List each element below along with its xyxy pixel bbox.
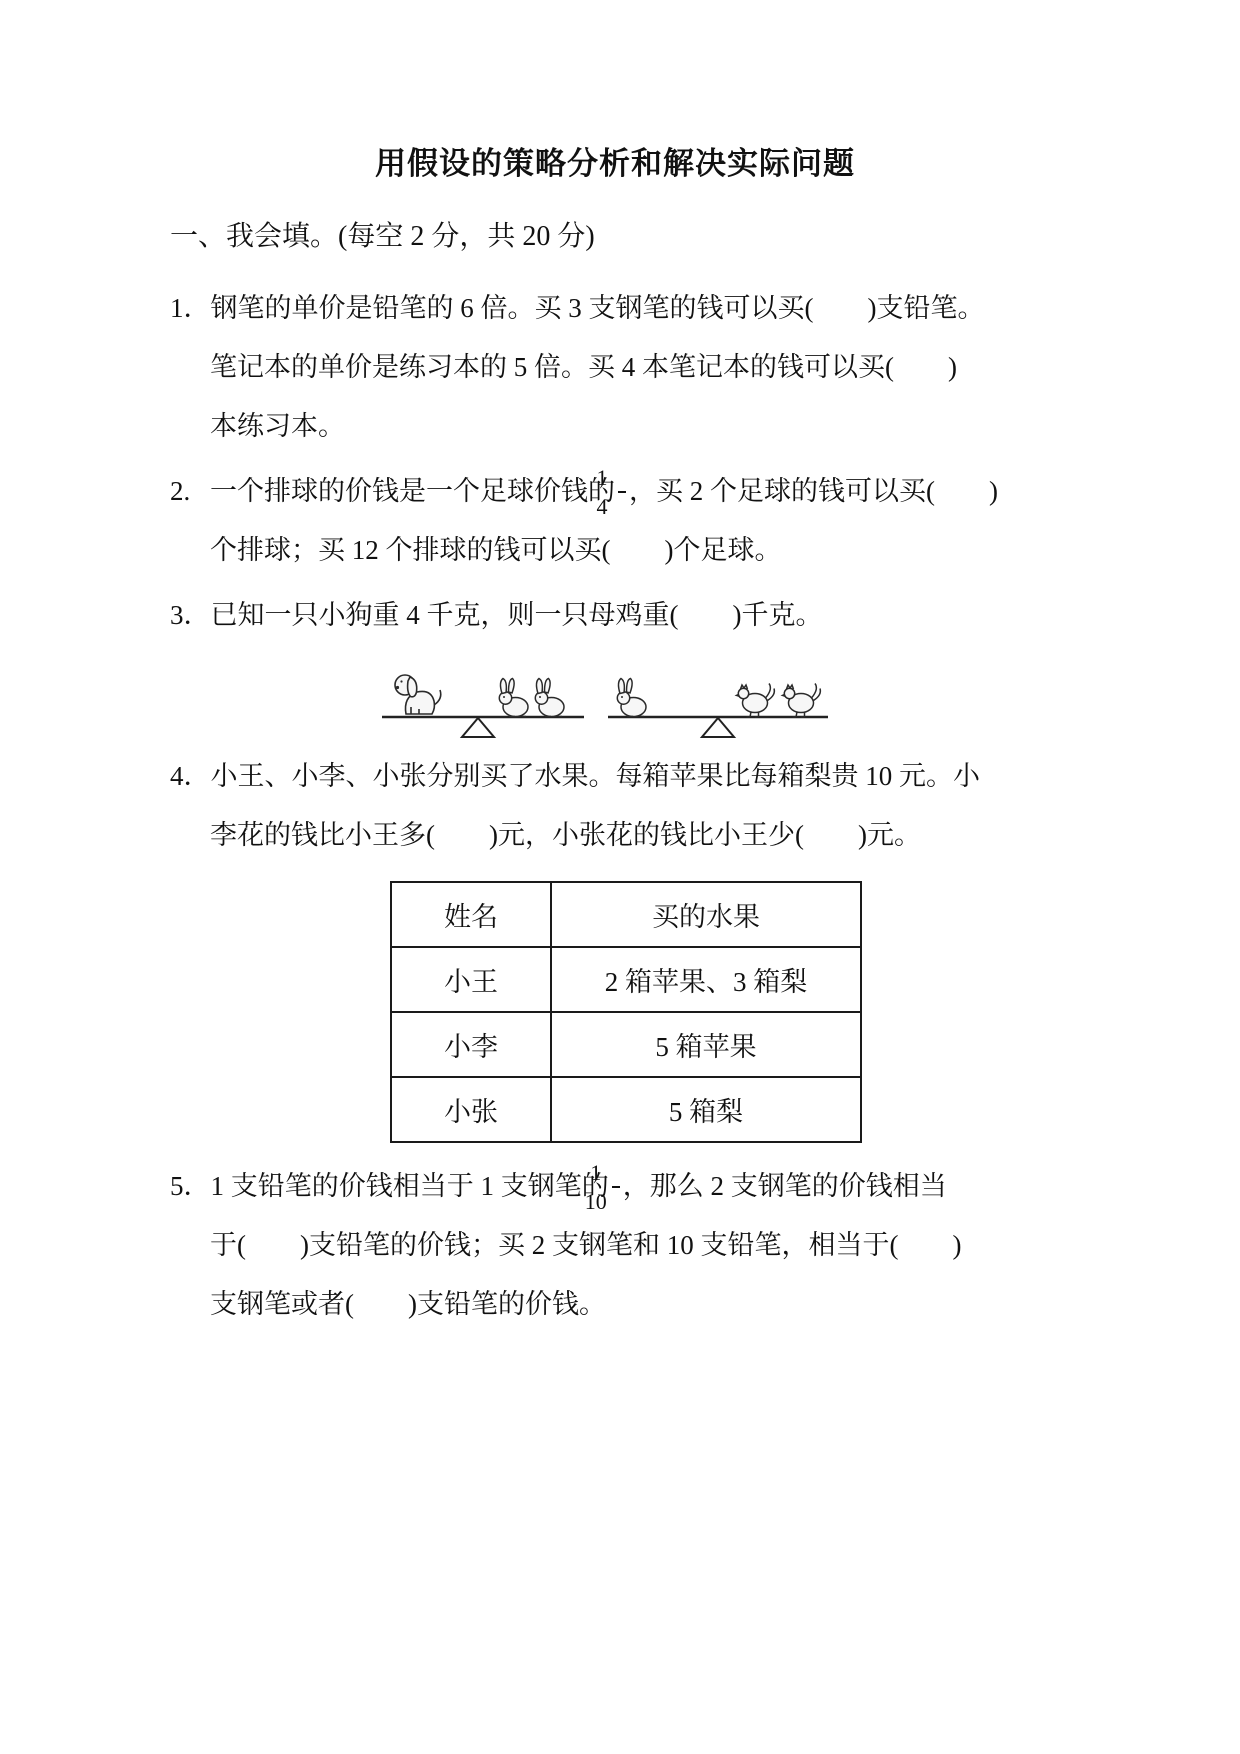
table-row: 小张 5 箱梨 <box>391 1077 861 1142</box>
hen-icon <box>781 684 821 718</box>
table-cell-name: 小王 <box>391 947 551 1012</box>
table-header-name: 姓名 <box>391 882 551 947</box>
balance-scales-illustration <box>370 655 840 741</box>
worksheet-page: 用假设的策略分析和解决实际问题 一、我会填。(每空 2 分，共 20 分) 1．… <box>0 0 1240 1754</box>
rabbit-icon <box>535 679 564 717</box>
fruit-purchase-table: 姓名 买的水果 小王 2 箱苹果、3 箱梨 小李 5 箱苹果 小张 5 箱梨 <box>390 881 862 1143</box>
table-row: 小李 5 箱苹果 <box>391 1012 861 1077</box>
dog-icon <box>395 675 441 714</box>
table-cell-name: 小李 <box>391 1012 551 1077</box>
question-4: 4．小王、小李、小张分别买了水果。每箱苹果比每箱梨贵 10 元。小 李花的钱比小… <box>170 747 1120 1143</box>
question-4-number: 4． <box>170 747 211 806</box>
fraction-one-fourth: 14 <box>618 465 626 520</box>
rabbit-icon <box>617 679 646 717</box>
question-2: 2.一个排球的价钱是一个足球价钱的14，买 2 个足球的钱可以买( ) 个排球；… <box>170 462 1120 580</box>
table-header-row: 姓名 买的水果 <box>391 882 861 947</box>
fraction-numerator: 1 <box>618 465 626 493</box>
hen-icon <box>735 684 775 718</box>
question-5-number: 5． <box>170 1157 211 1216</box>
question-3-text: 已知一只小狗重 4 千克，则一只母鸡重( )千克。 <box>211 600 823 630</box>
question-5-text-before-fraction: 1 支铅笔的价钱相当于 1 支钢笔的 <box>211 1171 609 1201</box>
question-3: 3．已知一只小狗重 4 千克，则一只母鸡重( )千克。 <box>170 586 1120 741</box>
question-1-line-2: 笔记本的单价是练习本的 5 倍。买 4 本笔记本的钱可以买( ) <box>210 338 1120 397</box>
section-heading: 一、我会填。(每空 2 分，共 20 分) <box>170 217 1120 257</box>
question-1-number: 1． <box>170 279 211 338</box>
question-2-number: 2. <box>170 462 210 521</box>
question-5-line-1: 5．1 支铅笔的价钱相当于 1 支钢笔的110，那么 2 支钢笔的价钱相当 <box>210 1157 1120 1216</box>
table-cell-fruit: 5 箱梨 <box>551 1077 861 1142</box>
question-4-text: 小王、小李、小张分别买了水果。每箱苹果比每箱梨贵 10 元。小 <box>211 761 981 791</box>
question-4-line-2: 李花的钱比小王多( )元，小张花的钱比小王少( )元。 <box>210 806 1120 865</box>
table-header-fruit: 买的水果 <box>551 882 861 947</box>
table-cell-name: 小张 <box>391 1077 551 1142</box>
table-row: 小王 2 箱苹果、3 箱梨 <box>391 947 861 1012</box>
table-cell-fruit: 5 箱苹果 <box>551 1012 861 1077</box>
fraction-denominator: 4 <box>618 493 626 519</box>
question-1-line-1: 1．钢笔的单价是铅笔的 6 倍。买 3 支钢笔的钱可以买( )支铅笔。 <box>210 279 1120 338</box>
question-1-text: 钢笔的单价是铅笔的 6 倍。买 3 支钢笔的钱可以买( )支铅笔。 <box>211 293 985 323</box>
fraction-denominator: 10 <box>612 1188 620 1214</box>
question-2-line-1: 2.一个排球的价钱是一个足球价钱的14，买 2 个足球的钱可以买( ) <box>210 462 1120 521</box>
question-5-line-2: 于( )支铅笔的价钱；买 2 支钢笔和 10 支铅笔，相当于( ) <box>210 1216 1120 1275</box>
table-cell-fruit: 2 箱苹果、3 箱梨 <box>551 947 861 1012</box>
page-title: 用假设的策略分析和解决实际问题 <box>170 138 1060 183</box>
question-3-number: 3． <box>170 586 211 645</box>
question-5: 5．1 支铅笔的价钱相当于 1 支钢笔的110，那么 2 支钢笔的价钱相当 于(… <box>170 1157 1120 1334</box>
fraction-one-tenth: 110 <box>612 1160 620 1215</box>
question-5-line-3: 支钢笔或者( )支铅笔的价钱。 <box>210 1275 1120 1334</box>
question-1-line-3: 本练习本。 <box>210 397 1120 456</box>
question-2-line-2: 个排球；买 12 个排球的钱可以买( )个足球。 <box>210 521 1120 580</box>
question-1: 1．钢笔的单价是铅笔的 6 倍。买 3 支钢笔的钱可以买( )支铅笔。 笔记本的… <box>170 279 1120 456</box>
question-3-line-1: 3．已知一只小狗重 4 千克，则一只母鸡重( )千克。 <box>210 586 1120 645</box>
left-seesaw <box>382 675 584 737</box>
rabbit-icon <box>499 679 528 717</box>
right-seesaw <box>608 679 828 738</box>
question-2-text-before-fraction: 一个排球的价钱是一个足球价钱的 <box>210 476 615 506</box>
question-4-line-1: 4．小王、小李、小张分别买了水果。每箱苹果比每箱梨贵 10 元。小 <box>210 747 1120 806</box>
fraction-numerator: 1 <box>612 1160 620 1188</box>
question-5-text-after-fraction: ，那么 2 支钢笔的价钱相当 <box>623 1171 947 1201</box>
question-2-text-after-fraction: ，买 2 个足球的钱可以买( ) <box>629 476 998 506</box>
